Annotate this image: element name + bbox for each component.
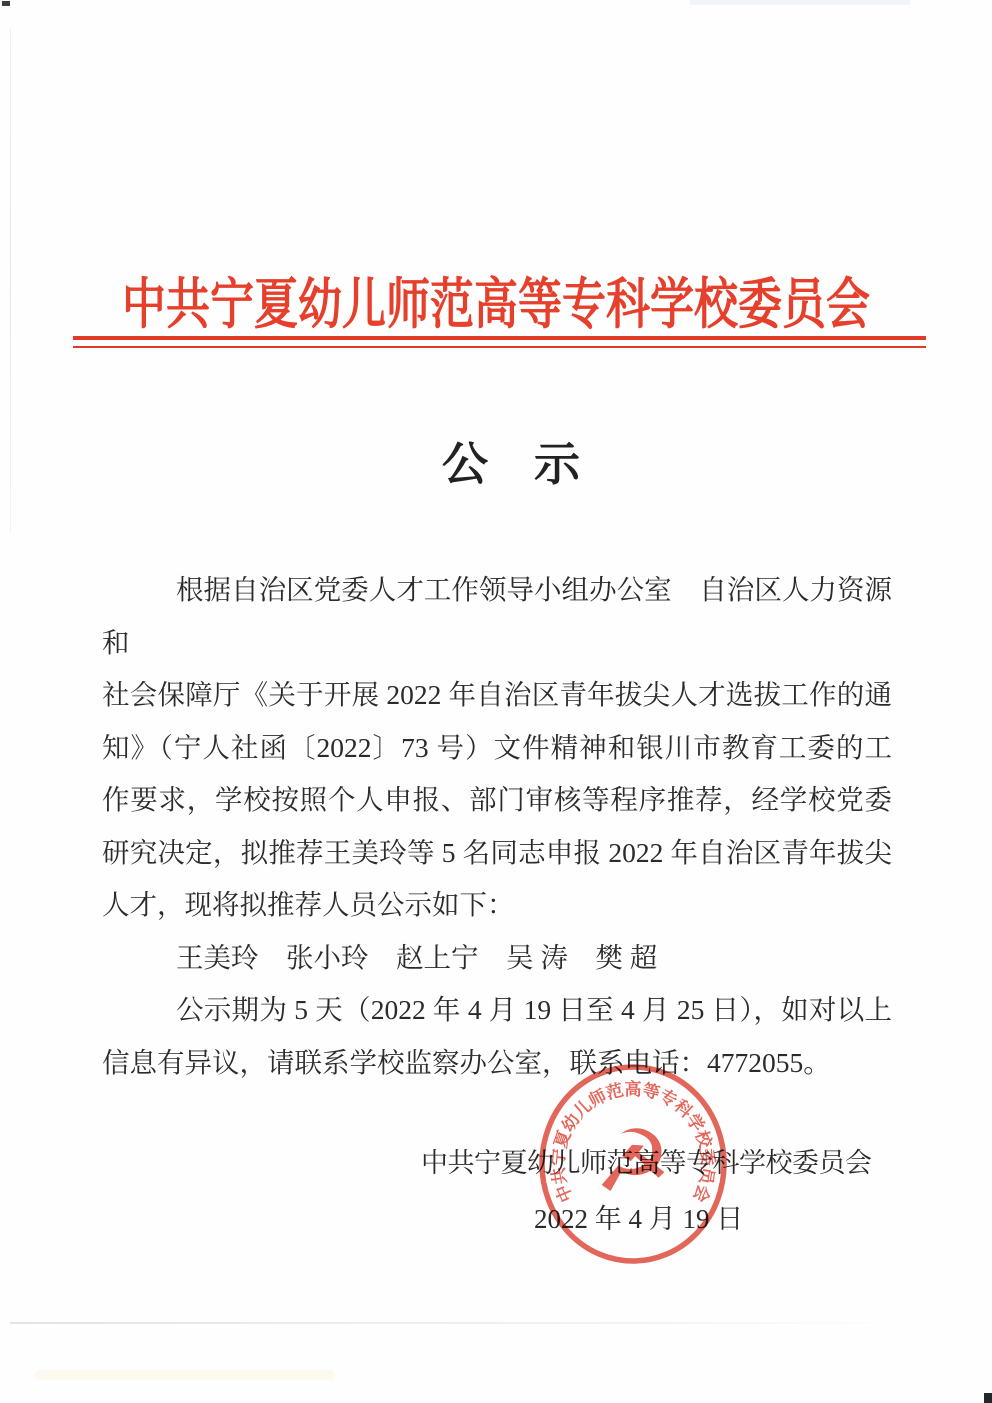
scan-artifact-bottom-smudge [35,1370,335,1380]
issuer-signature: 中共宁夏幼儿师范高等专科学校委员会 [421,1141,872,1180]
document-body: 根据自治区党委人才工作领导小组办公室 自治区人力资源和 社会保障厅《关于开展 2… [102,564,892,1089]
letterhead-rule-thin [73,346,926,348]
body-line: 公示期为 5 天（2022 年 4 月 19 日至 4 月 25 日），如对以上 [102,984,892,1037]
body-line: 人才，现将拟推荐人员公示如下： [102,879,892,932]
body-line: 社会保障厅《关于开展 2022 年自治区青年拔尖人才选拔工作的通 [102,669,892,722]
body-line: 根据自治区党委人才工作领导小组办公室 自治区人力资源和 [102,564,892,669]
document-page: 中共宁夏幼儿师范高等专科学校委员会 公 示 根据自治区党委人才工作领导小组办公室… [0,0,992,1403]
scan-artifact-top-left [2,1,10,6]
candidate-names-line: 王美玲 张小玲 赵上宁 吴 涛 樊 超 [102,932,892,985]
body-line: 信息有异议，请联系学校监察办公室，联系电话：4772055。 [102,1037,892,1090]
body-line: 作要求，学校按照个人申报、部门审核等程序推荐，经学校党委 [102,774,892,827]
letterhead-title: 中共宁夏幼儿师范高等专科学校委员会 [99,260,893,339]
scan-artifact-bottom-line [10,1322,900,1324]
issue-date: 2022 年 4 月 19 日 [534,1197,743,1236]
document-title: 公 示 [0,428,992,494]
letterhead-rule-thick [73,336,926,340]
scan-artifact-bottom-right [984,1393,992,1403]
body-line: 研究决定，拟推荐王美玲等 5 名同志申报 2022 年自治区青年拔尖 [102,827,892,880]
body-line: 知》（宁人社函〔2022〕73 号）文件精神和银川市教育工委的工 [102,722,892,775]
scan-artifact-top-streak [690,0,910,5]
